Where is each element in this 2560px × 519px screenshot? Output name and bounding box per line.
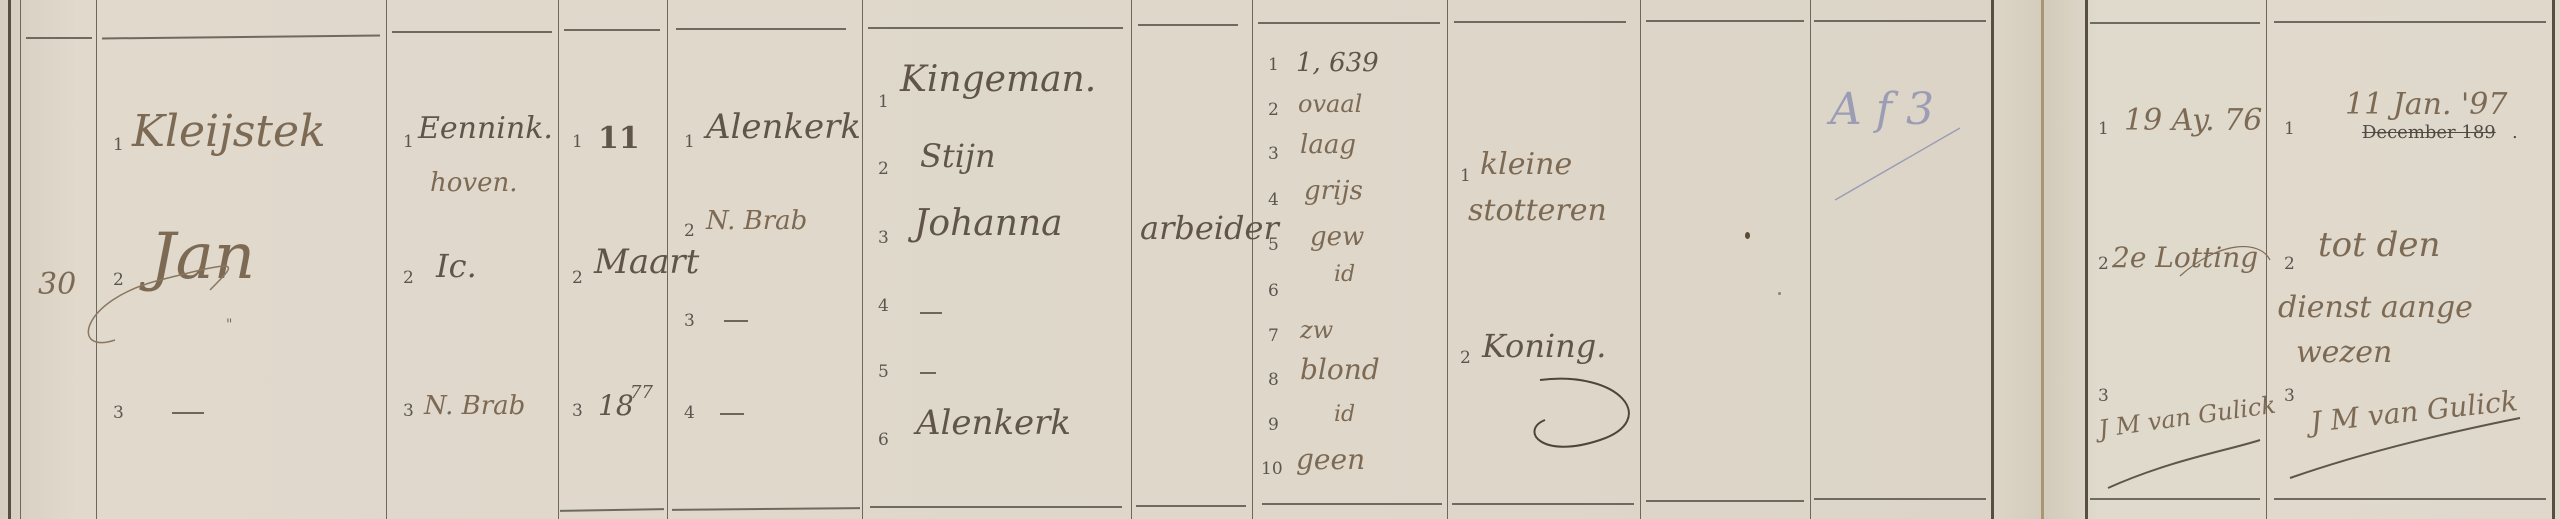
- column-divider: [1447, 0, 1448, 519]
- remark-line2: stotteren: [1468, 196, 1607, 226]
- top-rule: [1454, 21, 1626, 23]
- description-hair: blond: [1300, 356, 1380, 384]
- column-divider: [1131, 0, 1132, 519]
- line-number: 3: [1268, 146, 1279, 163]
- signature-koning: Koning.: [1482, 330, 1606, 362]
- residence-province: N. Brab: [706, 208, 807, 234]
- residence-town: Alenkerk: [706, 110, 861, 144]
- column-divider: [558, 0, 559, 519]
- top-rule: [1138, 24, 1238, 26]
- description-face: ovaal: [1298, 92, 1362, 116]
- dash-mark: [724, 320, 748, 322]
- decision-date: 11 Jan. '97: [2345, 90, 2507, 120]
- line-number: 1: [684, 134, 695, 151]
- official-signature: J M van Gulick: [2309, 387, 2519, 437]
- line-number: 4: [878, 298, 889, 315]
- column-divider: [2266, 0, 2267, 519]
- decision-line3: wezen: [2296, 338, 2392, 368]
- line-number: 3: [113, 405, 124, 422]
- top-rule: [1646, 20, 1804, 22]
- description-mouth: id: [1334, 264, 1355, 286]
- ink-spot: [1778, 292, 1781, 295]
- bottom-rule: [1136, 505, 1246, 507]
- official-signature: J M van Gulick: [2097, 393, 2277, 442]
- birth-month: Maart: [594, 245, 699, 279]
- bottom-rule: [870, 506, 1122, 508]
- column-divider: [1252, 0, 1253, 519]
- mother-name: Johanna: [914, 206, 1063, 242]
- line-number: 6: [1268, 283, 1279, 300]
- page-edge-line: [2552, 0, 2555, 519]
- top-rule: [1814, 20, 1986, 22]
- line-number: 1: [2284, 121, 2295, 138]
- dash-mark: [720, 413, 744, 415]
- page-fold: [2041, 0, 2044, 519]
- line-number: 3: [684, 313, 695, 330]
- birth-day: 11: [598, 124, 640, 154]
- bottom-rule: [2090, 498, 2260, 500]
- top-rule: [564, 29, 660, 31]
- column-divider: [1810, 0, 1811, 519]
- line-number: 2: [403, 270, 414, 287]
- bottom-rule: [560, 508, 664, 512]
- ditto-mark: ": [226, 318, 232, 332]
- description-nose: gew: [1310, 224, 1364, 250]
- line-number: 3: [2284, 388, 2295, 405]
- description-chin: zw: [1300, 318, 1333, 342]
- lottery-number: 2e Lotting: [2112, 244, 2258, 272]
- line-number: 2: [684, 223, 695, 240]
- line-number: 3: [403, 403, 414, 420]
- surname-text: Kleijstek: [132, 110, 326, 154]
- birth-year-main: 18: [598, 392, 634, 420]
- description-height: 1, 639: [1296, 50, 1379, 76]
- decision-line1: tot den: [2318, 228, 2440, 262]
- bottom-rule: [1814, 498, 1986, 500]
- description-eyebrows: id: [1334, 404, 1355, 426]
- line-number: 5: [878, 364, 889, 381]
- line-number: 2: [572, 270, 583, 287]
- top-rule: [392, 31, 552, 33]
- row-number: 30: [38, 270, 76, 300]
- line-number: 2: [113, 272, 124, 289]
- column-divider: [96, 0, 97, 519]
- dash-mark: [172, 412, 204, 414]
- parent-surname: Kingeman.: [900, 62, 1096, 98]
- top-rule: [26, 37, 92, 39]
- parents-residence: Alenkerk: [916, 406, 1071, 440]
- bottom-rule: [1646, 500, 1804, 502]
- top-rule: [2090, 22, 2260, 24]
- printed-date-struck: December 189: [2362, 122, 2496, 143]
- column-divider-thick: [2085, 0, 2088, 519]
- line-number: 1: [572, 134, 583, 151]
- remark-line1: kleine: [1480, 150, 1572, 180]
- dash-mark: [920, 372, 936, 374]
- father-name: Stijn: [920, 140, 996, 172]
- top-rule: [868, 27, 1123, 29]
- line-number: 4: [1268, 192, 1279, 209]
- column-divider: [20, 0, 21, 519]
- line-number: 1: [1268, 57, 1279, 74]
- line-number: 1: [113, 137, 124, 154]
- bottom-rule: [672, 507, 860, 511]
- bottom-rule: [2274, 498, 2546, 500]
- birth-year-suffix: 77: [630, 384, 653, 402]
- ink-spot: [1745, 232, 1750, 239]
- decision-line2: dienst aange: [2278, 293, 2473, 323]
- line-number: 2: [1460, 350, 1471, 367]
- line-number: 10: [1261, 461, 1283, 478]
- description-eyes: grijs: [1304, 178, 1363, 204]
- line-number: 1: [1460, 168, 1471, 185]
- birthplace-province: N. Brab: [424, 393, 525, 419]
- line-number: 1: [878, 94, 889, 111]
- register-page: 30 1 Kleijstek 2 Jan " 3 1 Eennink. hove…: [0, 0, 2560, 519]
- column-divider: [1640, 0, 1641, 519]
- line-number: 6: [878, 432, 889, 449]
- line-number: 2: [2098, 256, 2109, 273]
- column-divider: [862, 0, 863, 519]
- birthplace-line2: hoven.: [430, 170, 517, 196]
- occupation-text: arbeider: [1140, 212, 1279, 244]
- top-rule: [676, 28, 846, 30]
- line-number: 7: [1268, 328, 1279, 345]
- line-number: 3: [878, 230, 889, 247]
- pencil-annotation: A f 3: [1830, 88, 1934, 132]
- line-number: 3: [572, 403, 583, 420]
- top-rule: [1258, 22, 1440, 24]
- line-number: 5: [1268, 237, 1279, 254]
- line-number: 2: [2284, 256, 2295, 273]
- description-forehead: laag: [1300, 132, 1356, 158]
- birthplace-line1: Eennink.: [418, 114, 553, 144]
- line-number: 1: [403, 134, 414, 151]
- line-number: 3: [2098, 388, 2109, 405]
- column-divider-thick: [1991, 0, 1994, 519]
- line-number: 9: [1268, 417, 1279, 434]
- bottom-rule: [1262, 503, 1442, 505]
- dash-mark: [920, 312, 942, 314]
- line-number: 2: [878, 161, 889, 178]
- bottom-rule: [1452, 503, 1634, 505]
- lottery-date: 19 Ay. 76: [2124, 106, 2262, 136]
- top-rule: [2274, 21, 2546, 23]
- line-number: 1: [2098, 121, 2109, 138]
- line-number: 4: [684, 405, 695, 422]
- first-name-text: Jan: [150, 225, 255, 289]
- column-divider: [386, 0, 387, 519]
- page-edge-line: [8, 0, 11, 519]
- printed-period: .: [2512, 122, 2518, 143]
- line-number: 2: [1268, 102, 1279, 119]
- description-marks: geen: [1296, 446, 1365, 474]
- top-rule: [102, 35, 380, 40]
- line-number: 8: [1268, 372, 1279, 389]
- birthplace-ditto: Ic.: [436, 250, 477, 282]
